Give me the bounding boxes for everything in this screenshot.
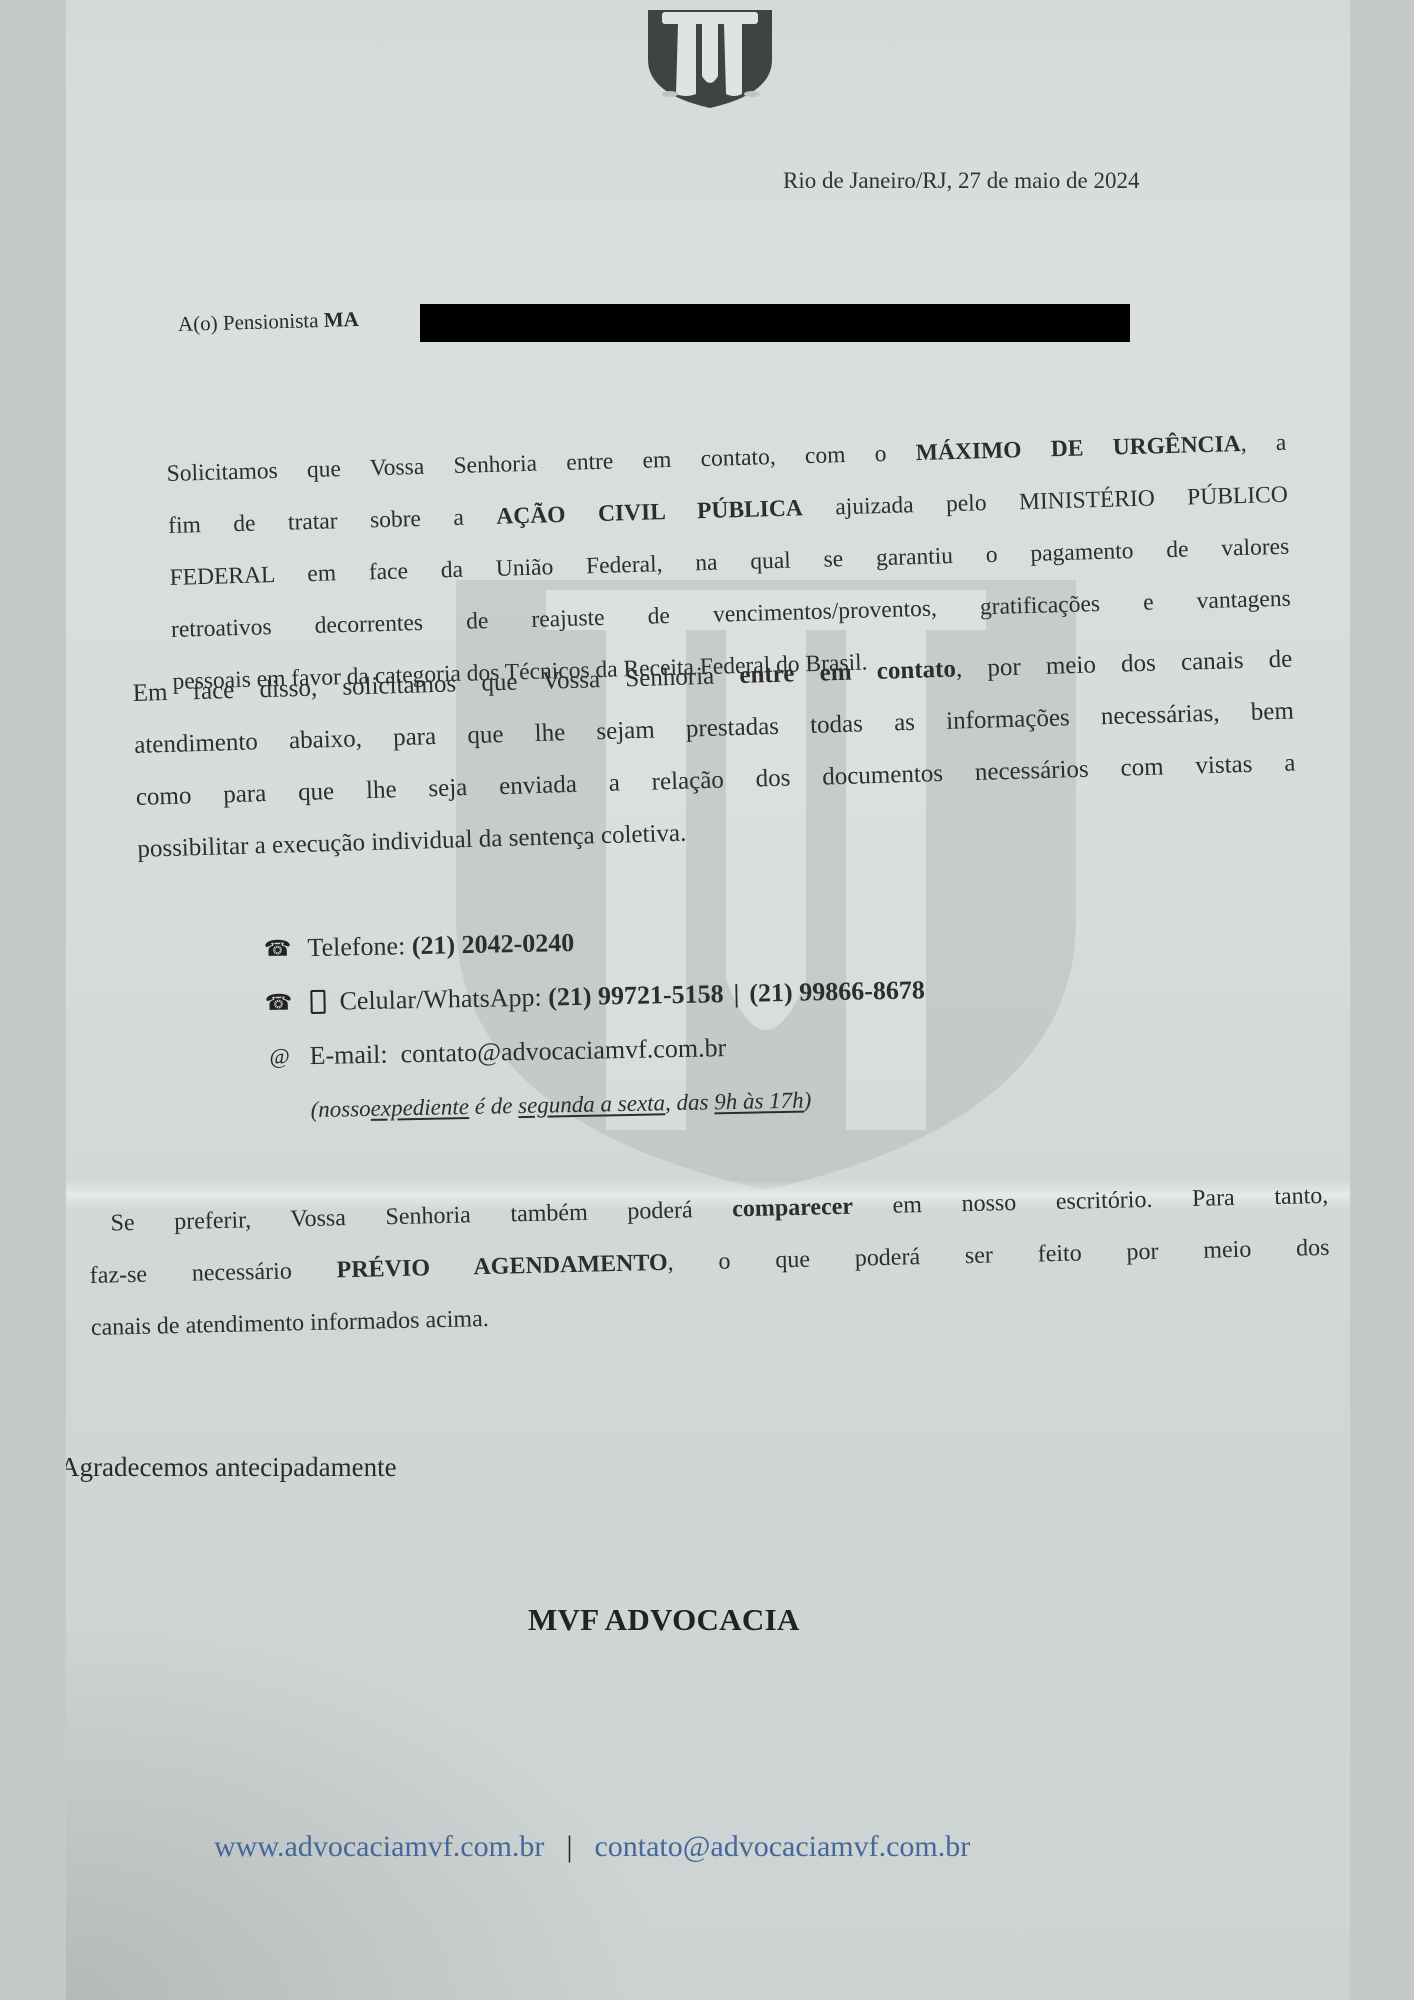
body-text: fim de tratar sobre a bbox=[168, 504, 497, 539]
email-value[interactable]: contato@advocaciamvf.com.br bbox=[400, 1033, 726, 1069]
at-sign-icon: @ bbox=[263, 1043, 295, 1070]
body-text: em nosso escritório. Para tanto, bbox=[853, 1183, 1329, 1220]
hours-note-expediente: expediente bbox=[370, 1094, 469, 1122]
footer-email-link[interactable]: contato@advocaciamvf.com.br bbox=[594, 1830, 970, 1863]
hours-note-text: , das bbox=[665, 1089, 715, 1116]
hours-note-text: (nosso bbox=[310, 1096, 371, 1123]
emphasis-text: PRÉVIO AGENDAMENTO bbox=[336, 1250, 668, 1284]
contact-list: ☎ Telefone: (21) 2042-0240 ☎ Celular/Wha… bbox=[261, 909, 927, 1138]
hours-note-days: segunda a sexta bbox=[518, 1090, 665, 1119]
body-text: Solicitamos que Vossa Senhoria entre em … bbox=[166, 440, 916, 487]
hours-note-text: ) bbox=[803, 1087, 811, 1113]
body-text: , por meio dos canais de bbox=[955, 646, 1292, 683]
body-text: possibilitar a execução individual da se… bbox=[137, 820, 687, 863]
celular-value-1[interactable]: (21) 99721-5158 bbox=[548, 979, 724, 1012]
emphasis-text: entre em contato bbox=[739, 656, 956, 689]
photo-shadow bbox=[66, 1600, 666, 2000]
body-text: Em face disso, solicitamos que Vossa Sen… bbox=[132, 662, 739, 707]
recipient-prefix: A(o) Pensionista bbox=[178, 308, 319, 336]
emphasis-text: AÇÃO CIVIL PÚBLICA bbox=[496, 495, 803, 530]
hours-note-hours: 9h às 17h bbox=[714, 1088, 804, 1116]
footer-website-link[interactable]: www.advocaciamvf.com.br bbox=[214, 1830, 544, 1863]
signature-firm-name: MVF ADVOCACIA bbox=[528, 1602, 800, 1638]
telefone-value[interactable]: (21) 2042-0240 bbox=[411, 928, 574, 961]
emphasis-text: MÁXIMO DE URGÊNCIA bbox=[915, 431, 1241, 466]
email-label: E-mail: bbox=[309, 1040, 388, 1071]
paragraph-office-visit: Se preferir, Vossa Senhoria também poder… bbox=[88, 1170, 1331, 1354]
body-text: ajuizada pelo MINISTÉRIO PÚBLICO bbox=[802, 482, 1288, 522]
paragraph-contact-request: Em face disso, solicitamos que Vossa Sen… bbox=[132, 634, 1298, 876]
letter-date: Rio de Janeiro/RJ, 27 de maio de 2024 bbox=[783, 168, 1139, 194]
recipient-name: MA bbox=[323, 307, 359, 332]
redaction-bar bbox=[420, 304, 1130, 342]
telefone-label: Telefone: bbox=[307, 931, 405, 963]
mobile-phone-icon bbox=[310, 990, 325, 1014]
recipient-line: A(o) Pensionista MA bbox=[178, 307, 359, 337]
body-text: canais de atendimento informados acima. bbox=[91, 1306, 489, 1341]
body-text: , o que poderá ser feito por meio dos bbox=[667, 1235, 1329, 1276]
body-text: , a bbox=[1240, 430, 1286, 457]
celular-label: Celular/WhatsApp: bbox=[339, 983, 542, 1017]
body-text: faz-se necessário bbox=[89, 1257, 336, 1289]
closing-text: Agradecemos antecipadamente bbox=[66, 1452, 397, 1483]
body-text: Se preferir, Vossa Senhoria também poder… bbox=[110, 1196, 732, 1236]
footer-links: www.advocaciamvf.com.br|contato@advocaci… bbox=[214, 1830, 970, 1864]
emphasis-text: comparecer bbox=[732, 1194, 853, 1223]
celular-separator: | bbox=[733, 979, 739, 1009]
celular-value-2[interactable]: (21) 99866-8678 bbox=[749, 975, 925, 1008]
telephone-icon: ☎ bbox=[261, 935, 293, 962]
column-shield-logo-icon bbox=[640, 2, 780, 112]
hours-note-text: é de bbox=[469, 1093, 519, 1120]
footer-separator: | bbox=[566, 1830, 572, 1863]
telephone-icon: ☎ bbox=[262, 989, 294, 1016]
letter-page: Rio de Janeiro/RJ, 27 de maio de 2024 A(… bbox=[66, 0, 1350, 2000]
